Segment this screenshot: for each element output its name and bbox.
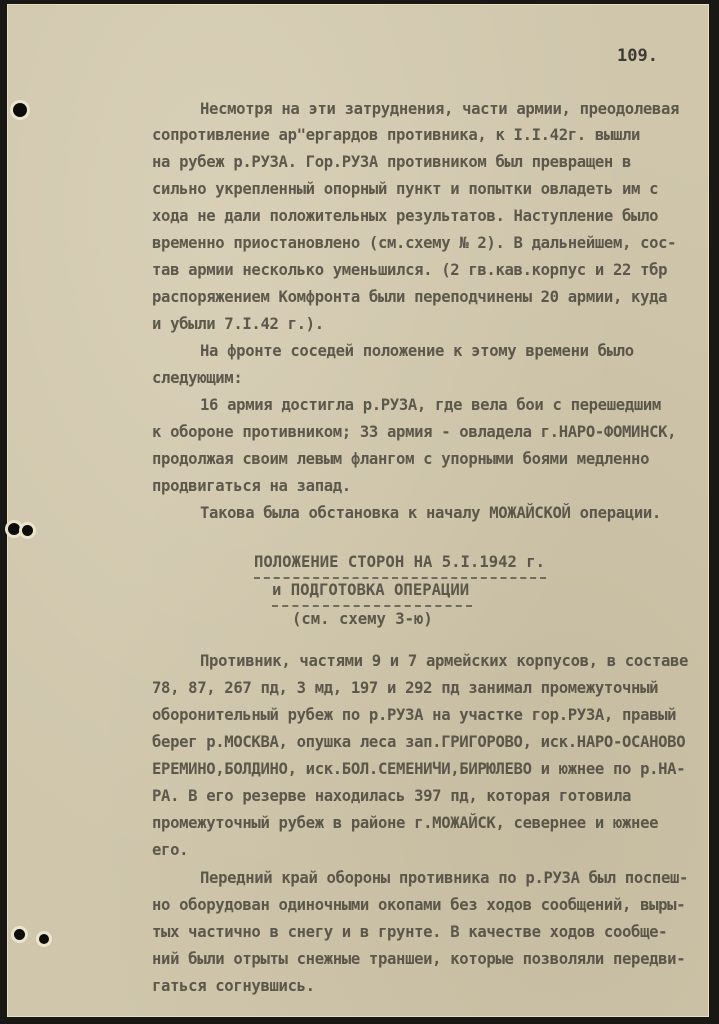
text-line: временно приостановлено (см.схему № 2). … [152,234,676,252]
text-line: оборонительный рубеж по р.РУЗА на участк… [152,706,676,724]
heading-line-2: и ПОДГОТОВКА ОПЕРАЦИИ [272,581,469,599]
text-line: следующим: [152,369,242,387]
text-line: тав армии несколько уменьшился. (2 гв.ка… [152,261,667,279]
punch-hole [14,929,25,940]
punch-hole [22,525,33,536]
heading-line-1: ПОЛОЖЕНИЕ СТОРОН НА 5.I.1942 г. [254,553,545,571]
page-number: 109. [617,46,658,66]
text-line: Такова была обстановка к началу МОЖАЙСКО… [200,504,661,522]
text-line: 16 армия достигла р.РУЗА, где вела бои с… [200,396,661,414]
text-line: Несмотря на эти затруднения, части армии… [200,100,679,118]
text-line: берег р.МОСКВА, опушка леса зап.ГРИГОРОВ… [152,733,685,751]
text-line: его. [152,841,188,859]
text-line: тых частично в снегу и в грунте. В качес… [152,923,667,941]
text-line: промежуточный рубеж в районе г.МОЖАЙСК, … [152,814,658,832]
text-line: и убыли 7.I.42 г.). [152,315,324,333]
punch-hole [39,934,49,944]
text-line: на рубеж р.РУЗА. Гор.РУЗА противником бы… [152,153,631,171]
text-line: гаться согнувшись. [152,977,315,995]
text-line: продолжая своим левым флангом с упорными… [152,450,649,468]
heading-line-3: (см. схему 3-ю) [292,610,433,628]
text-line: сильно укрепленный опорный пункт и попыт… [152,180,658,198]
text-line: но оборудован одиночными окопами без ход… [152,896,685,914]
heading-underline [272,605,472,607]
heading-underline [254,577,546,579]
text-line: распоряжением Комфронта были переподчине… [152,288,667,306]
punch-hole [13,103,27,117]
text-line: сопротивление ар"ергардов противника, к … [152,126,640,144]
text-line: ний были отрыты снежные траншеи, которые… [152,950,685,968]
text-line: продвигаться на запад. [152,477,351,495]
text-line: РА. В его резерве находилась 397 пд, кот… [152,787,631,805]
text-line: Противник, частями 9 и 7 армейских корпу… [200,652,688,670]
text-line: к обороне противником; 33 армия - овладе… [152,423,676,441]
text-line: хода не дали положительных результатов. … [152,207,658,225]
punch-hole [8,523,20,535]
text-line: 78, 87, 267 пд, 3 мд, 197 и 292 пд заним… [152,679,658,697]
text-line: ЕРЕМИНО,БОЛДИНО, иск.БОЛ.СЕМЕНИЧИ,БИРЮЛЕ… [152,760,685,778]
text-line: На фронте соседей положение к этому врем… [200,342,634,360]
text-line: Передний край обороны противника по р.РУ… [200,869,688,887]
